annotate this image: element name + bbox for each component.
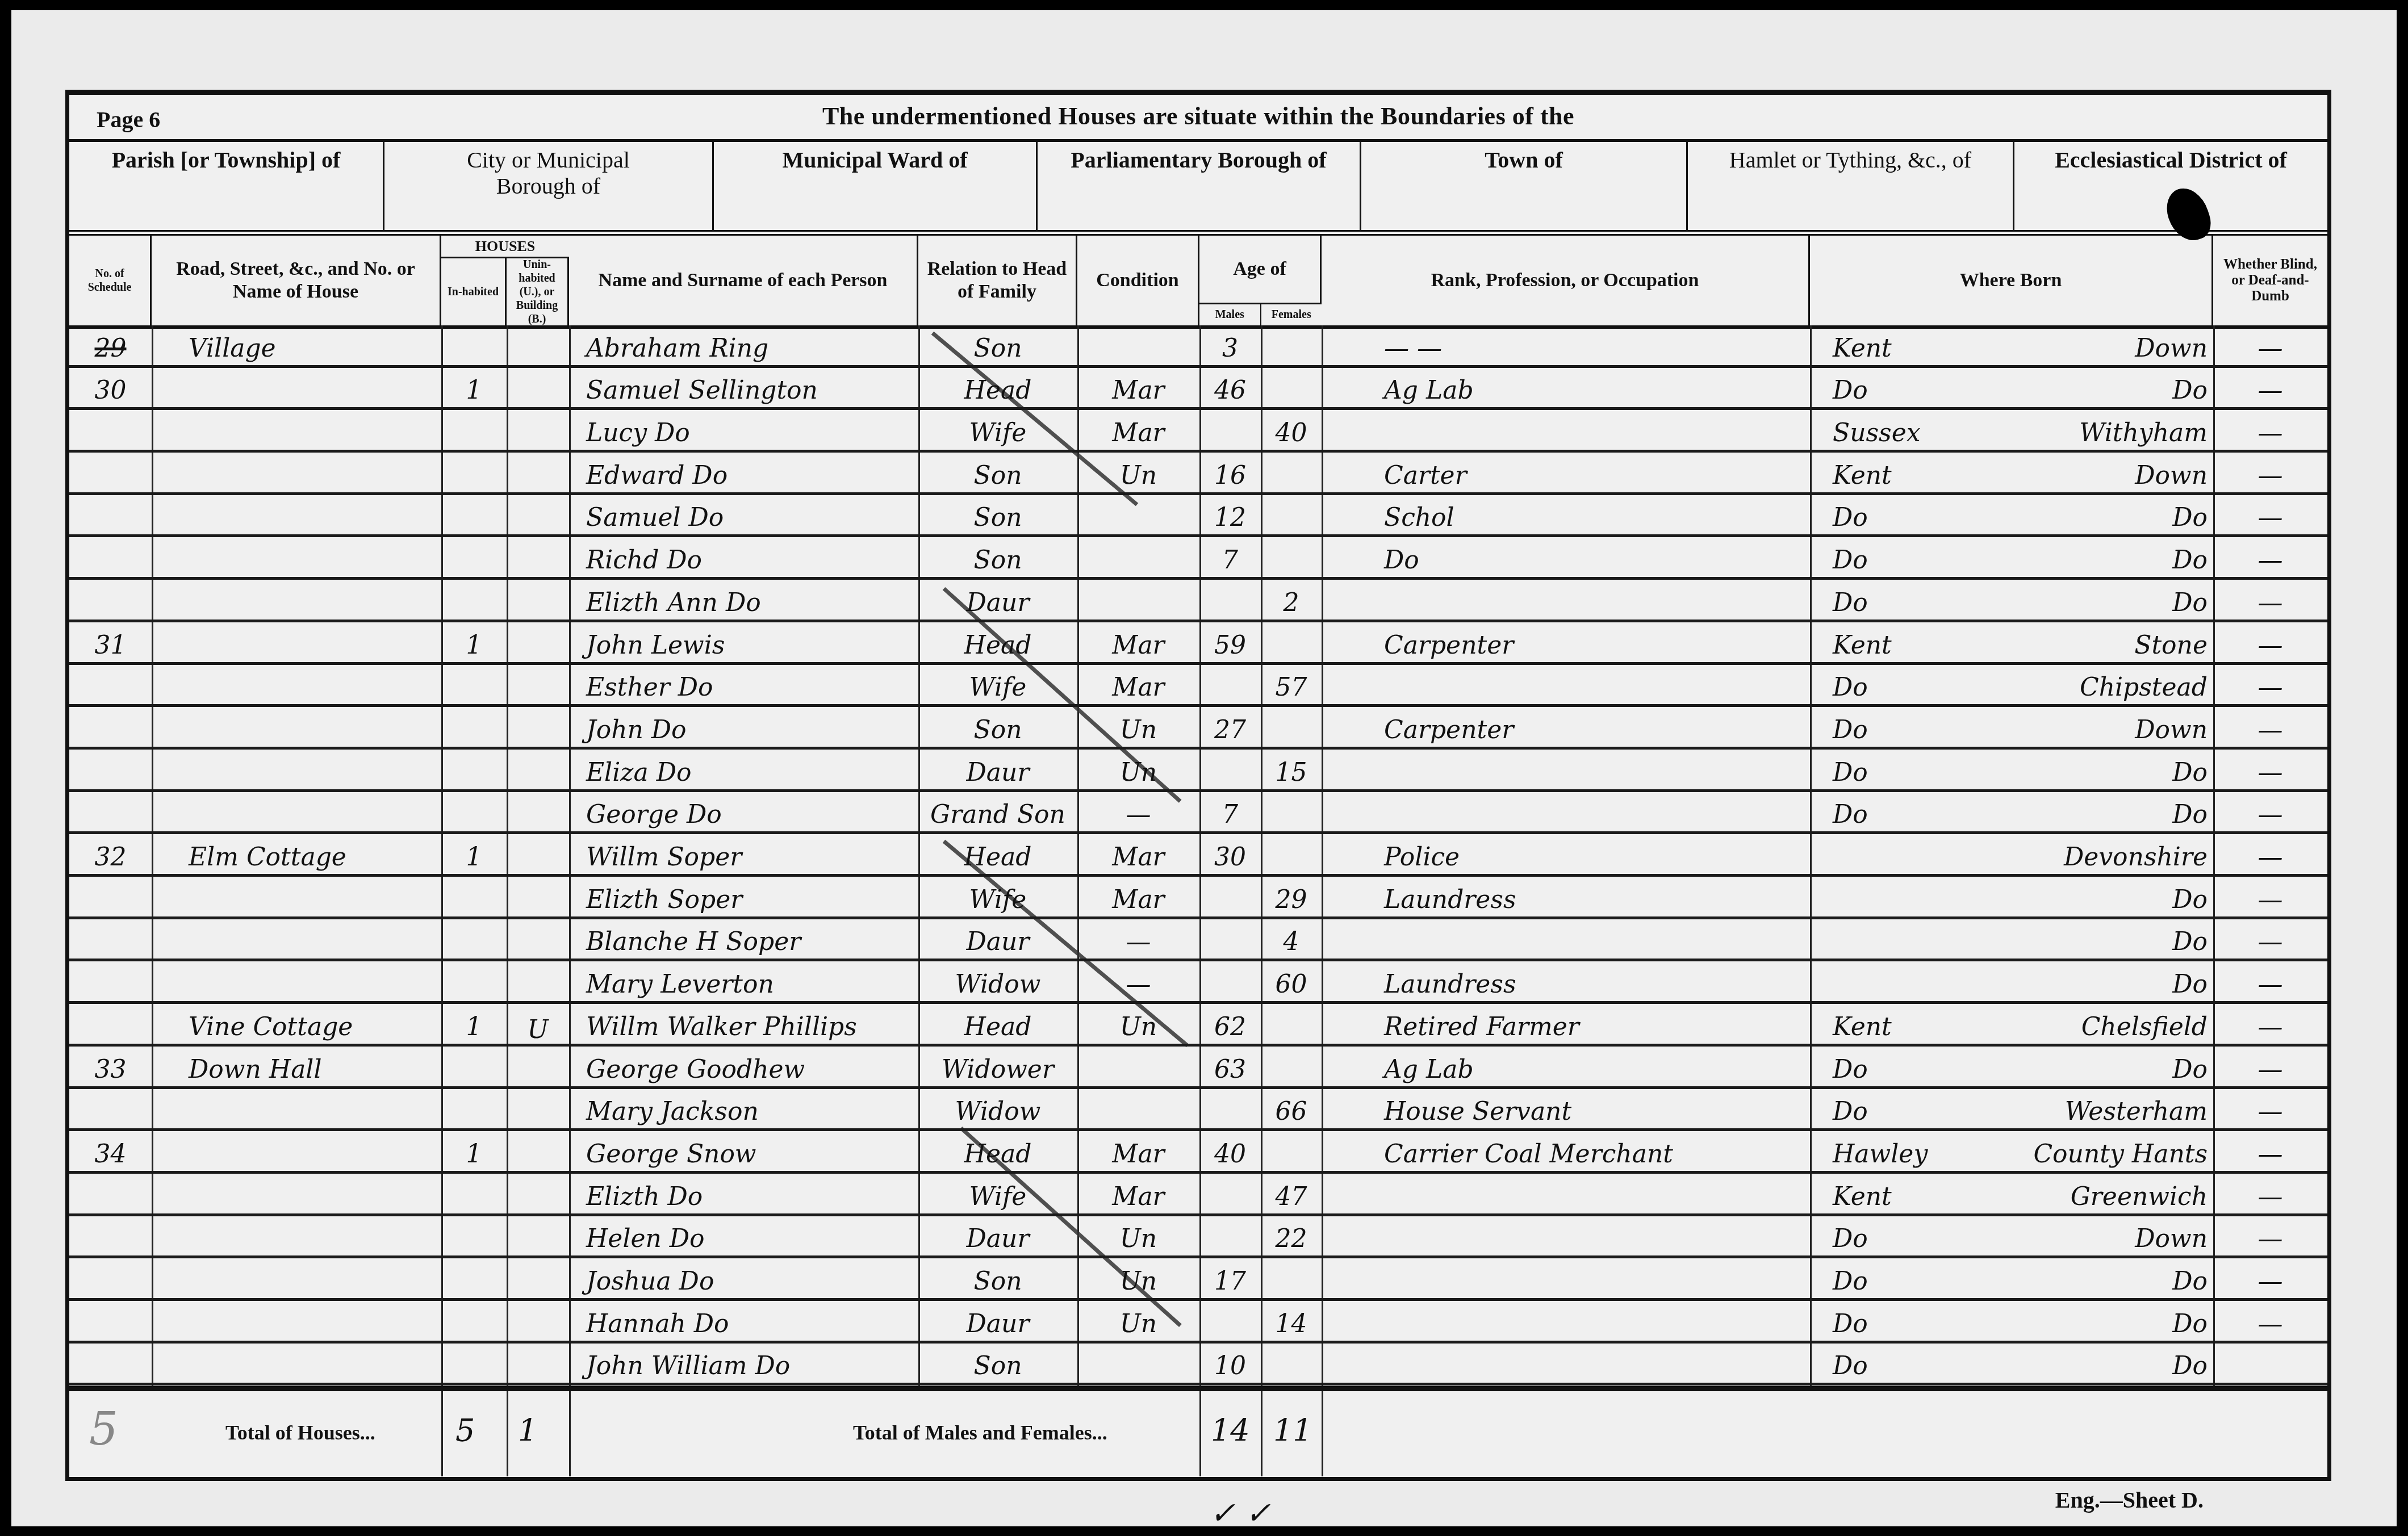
marital-condition-text: Mar bbox=[1112, 1140, 1164, 1169]
female-age: 40 bbox=[1261, 410, 1322, 450]
schedule-number bbox=[69, 792, 152, 832]
marital-condition: Mar bbox=[1077, 1131, 1199, 1171]
occupation bbox=[1322, 919, 1810, 959]
relation-to-head: Widow bbox=[918, 1089, 1077, 1129]
female-age-text: 60 bbox=[1276, 970, 1307, 999]
person-name-text: John Lewis bbox=[586, 631, 725, 660]
inhabited-count bbox=[441, 1089, 507, 1129]
relation-to-head: Wife bbox=[918, 665, 1077, 705]
person-name: Elizth Do bbox=[569, 1174, 918, 1213]
birth-place: Do bbox=[1997, 792, 2213, 832]
relation-to-head: Daur bbox=[918, 1301, 1077, 1341]
male-age-text: 16 bbox=[1214, 461, 1246, 490]
uninhabited-mark bbox=[507, 368, 569, 408]
birth-place-text: Withyham bbox=[2079, 418, 2208, 447]
birth-county: Kent bbox=[1810, 1174, 1997, 1213]
marital-condition: — bbox=[1077, 962, 1199, 1002]
birth-place-text: Stone bbox=[2134, 631, 2208, 660]
relation-to-head-text: Son bbox=[974, 503, 1022, 532]
header-condition: Condition bbox=[1077, 236, 1199, 325]
relation-to-head-text: Widow bbox=[955, 970, 1041, 999]
schedule-number: 31 bbox=[69, 622, 152, 662]
relation-to-head: Grand Son bbox=[918, 792, 1077, 832]
blind-deaf-dumb-text: — bbox=[2258, 1097, 2283, 1126]
table-row: Mary LevertonWidow—60LaundressDo— bbox=[69, 962, 2327, 1005]
enumeration-sheet: Page 6 The undermentioned Houses are sit… bbox=[65, 90, 2331, 1481]
blind-deaf-dumb: — bbox=[2213, 962, 2327, 1002]
birth-county-text: Hawley bbox=[1833, 1140, 1928, 1169]
male-age-text: 27 bbox=[1214, 715, 1246, 744]
occupation: Schol bbox=[1322, 495, 1810, 535]
page-title: The undermentioned Houses are situate wi… bbox=[69, 102, 2327, 131]
uninhabited-mark bbox=[507, 707, 569, 747]
uninhabited-mark bbox=[507, 1131, 569, 1171]
marital-condition-text: — bbox=[1126, 970, 1151, 999]
occupation: Retired Farmer bbox=[1322, 1004, 1810, 1044]
marital-condition-text: Un bbox=[1120, 1012, 1157, 1041]
male-age: 10 bbox=[1199, 1344, 1261, 1383]
birth-county: Do bbox=[1810, 1047, 1997, 1086]
blind-deaf-dumb: — bbox=[2213, 750, 2327, 789]
blind-deaf-dumb: — bbox=[2213, 538, 2327, 577]
schedule-number bbox=[69, 580, 152, 620]
margin-note: 5 bbox=[89, 1403, 118, 1455]
schedule-number bbox=[69, 1174, 152, 1213]
occupation: — — bbox=[1322, 325, 1810, 365]
relation-to-head: Son bbox=[918, 1258, 1077, 1298]
female-age-text: 22 bbox=[1276, 1224, 1307, 1253]
birth-place-text: Do bbox=[2172, 546, 2208, 575]
person-name-text: Esther Do bbox=[586, 673, 713, 702]
male-age bbox=[1199, 919, 1261, 959]
marital-condition: Un bbox=[1077, 1258, 1199, 1298]
road-name bbox=[154, 877, 441, 916]
male-age-text: 7 bbox=[1222, 546, 1238, 575]
female-age: 47 bbox=[1261, 1174, 1322, 1213]
marital-condition: Un bbox=[1077, 453, 1199, 492]
road-name bbox=[154, 1258, 441, 1298]
inhabited-count bbox=[441, 962, 507, 1002]
marital-condition: Mar bbox=[1077, 877, 1199, 916]
occupation: Ag Lab bbox=[1322, 1047, 1810, 1086]
relation-to-head-text: Grand Son bbox=[930, 800, 1065, 829]
person-name: Joshua Do bbox=[569, 1258, 918, 1298]
inhabited-count-text: 1 bbox=[466, 1012, 482, 1041]
occupation bbox=[1322, 665, 1810, 705]
relation-to-head: Son bbox=[918, 707, 1077, 747]
column-rule bbox=[1261, 1391, 1262, 1476]
person-name-text: John William Do bbox=[586, 1351, 790, 1380]
birth-place: Chipstead bbox=[1997, 665, 2213, 705]
header-age: Age of bbox=[1199, 236, 1322, 303]
road-name bbox=[154, 538, 441, 577]
male-age: 7 bbox=[1199, 538, 1261, 577]
occupation-text: Laundress bbox=[1384, 885, 1516, 914]
birth-county-text: Kent bbox=[1833, 461, 1892, 490]
birth-place-text: Down bbox=[2135, 461, 2208, 490]
marital-condition-text: Un bbox=[1120, 461, 1157, 490]
birth-place: Do bbox=[1997, 1047, 2213, 1086]
person-name: Samuel Do bbox=[569, 495, 918, 535]
birth-county-text: Kent bbox=[1833, 1012, 1892, 1041]
person-name: Blanche H Soper bbox=[569, 919, 918, 959]
occupation: Carpenter bbox=[1322, 622, 1810, 662]
marital-condition-text: Un bbox=[1120, 758, 1157, 787]
birth-place-text: Do bbox=[2172, 1055, 2208, 1084]
district-town: Town of bbox=[1361, 139, 1688, 230]
birth-county: Do bbox=[1810, 1344, 1997, 1383]
uninhabited-mark bbox=[507, 325, 569, 365]
relation-to-head: Wife bbox=[918, 877, 1077, 916]
blind-deaf-dumb: — bbox=[2213, 1004, 2327, 1044]
birth-place-text: Down bbox=[2135, 1224, 2208, 1253]
road-name bbox=[154, 580, 441, 620]
birth-county-text: Kent bbox=[1833, 334, 1892, 363]
district-parish: Parish [or Township] of bbox=[69, 139, 384, 230]
blind-deaf-dumb-text: — bbox=[2258, 461, 2283, 490]
road-name bbox=[154, 962, 441, 1002]
female-age: 66 bbox=[1261, 1089, 1322, 1129]
blind-deaf-dumb-text: — bbox=[2258, 546, 2283, 575]
birth-county: Do bbox=[1810, 580, 1997, 620]
header-relation: Relation to Head of Family bbox=[918, 236, 1077, 325]
uninhabited-mark bbox=[507, 495, 569, 535]
road-name bbox=[154, 1131, 441, 1171]
female-age bbox=[1261, 1258, 1322, 1298]
birth-place: Do bbox=[1997, 1344, 2213, 1383]
blind-deaf-dumb: — bbox=[2213, 707, 2327, 747]
birth-county: Do bbox=[1810, 1089, 1997, 1129]
table-row: Elizth Ann DoDaur2DoDo— bbox=[69, 580, 2327, 622]
marital-condition: — bbox=[1077, 792, 1199, 832]
relation-to-head-text: Daur bbox=[967, 1309, 1030, 1338]
female-age: 14 bbox=[1261, 1301, 1322, 1341]
records-table: 29VillageAbraham RingSon3— —KentDown—301… bbox=[69, 325, 2327, 1386]
birth-place: Do bbox=[1997, 538, 2213, 577]
blind-deaf-dumb-text: — bbox=[2258, 1055, 2283, 1084]
inhabited-count bbox=[441, 707, 507, 747]
table-row: 341George SnowHeadMar40Carrier Coal Merc… bbox=[69, 1131, 2327, 1174]
blind-deaf-dumb-text: — bbox=[2258, 1267, 2283, 1296]
uninhabited-mark bbox=[507, 877, 569, 916]
inhabited-count bbox=[441, 792, 507, 832]
relation-to-head: Widow bbox=[918, 962, 1077, 1002]
birth-place: Do bbox=[1997, 1258, 2213, 1298]
district-municipal-ward: Municipal Ward of bbox=[714, 139, 1038, 230]
relation-to-head: Head bbox=[918, 1004, 1077, 1044]
uninhabited-mark bbox=[507, 1174, 569, 1213]
blind-deaf-dumb: — bbox=[2213, 919, 2327, 959]
occupation: House Servant bbox=[1322, 1089, 1810, 1129]
male-age: 7 bbox=[1199, 792, 1261, 832]
blind-deaf-dumb-text: — bbox=[2258, 673, 2283, 702]
birth-place-text: Do bbox=[2172, 885, 2208, 914]
female-age-text: 40 bbox=[1276, 418, 1307, 447]
male-age: 63 bbox=[1199, 1047, 1261, 1086]
road-name: Vine Cottage bbox=[154, 1004, 441, 1044]
uninhabited-mark bbox=[507, 1344, 569, 1383]
blind-deaf-dumb: — bbox=[2213, 1047, 2327, 1086]
blind-deaf-dumb-text: — bbox=[2258, 588, 2283, 617]
birth-place-text: Down bbox=[2135, 334, 2208, 363]
blind-deaf-dumb-text: — bbox=[2258, 1309, 2283, 1338]
relation-to-head-text: Wife bbox=[969, 1182, 1027, 1211]
person-name-text: Eliza Do bbox=[586, 758, 691, 787]
road-name-text: Village bbox=[189, 334, 276, 363]
schedule-number-text: 31 bbox=[95, 631, 127, 660]
road-name bbox=[154, 750, 441, 789]
male-age bbox=[1199, 877, 1261, 916]
male-age-text: 17 bbox=[1214, 1267, 1246, 1296]
marital-condition: Mar bbox=[1077, 834, 1199, 874]
male-age-text: 3 bbox=[1222, 334, 1238, 363]
occupation-text: Ag Lab bbox=[1384, 376, 1474, 405]
birth-place: Do bbox=[1997, 919, 2213, 959]
marital-condition: Mar bbox=[1077, 665, 1199, 705]
schedule-number-text: 34 bbox=[95, 1140, 127, 1169]
occupation bbox=[1322, 1258, 1810, 1298]
relation-to-head-text: Son bbox=[974, 334, 1022, 363]
person-name-text: Abraham Ring bbox=[586, 334, 768, 363]
blind-deaf-dumb-text: — bbox=[2258, 843, 2283, 872]
uninhabited-mark bbox=[507, 750, 569, 789]
female-age bbox=[1261, 1047, 1322, 1086]
occupation: Carpenter bbox=[1322, 707, 1810, 747]
district-parliamentary-borough: Parliamentary Borough of bbox=[1038, 139, 1361, 230]
relation-to-head-text: Head bbox=[964, 631, 1032, 660]
birth-county-text: Do bbox=[1833, 800, 1868, 829]
table-row: Vine Cottage1Willm Walker PhillipsHeadUn… bbox=[69, 1004, 2327, 1047]
road-name bbox=[154, 919, 441, 959]
person-name-text: George Do bbox=[586, 800, 722, 829]
road-name bbox=[154, 453, 441, 492]
birth-county: Do bbox=[1810, 792, 1997, 832]
road-name bbox=[154, 1174, 441, 1213]
person-name: Lucy Do bbox=[569, 410, 918, 450]
table-row: Eliza DoDaurUn15DoDo— bbox=[69, 750, 2327, 792]
header-occupation: Rank, Profession, or Occupation bbox=[1322, 236, 1810, 325]
inhabited-count bbox=[441, 1301, 507, 1341]
relation-to-head-text: Wife bbox=[969, 673, 1027, 702]
occupation bbox=[1322, 1174, 1810, 1213]
person-name: Abraham Ring bbox=[569, 325, 918, 365]
birth-county: Do bbox=[1810, 750, 1997, 789]
marital-condition bbox=[1077, 1047, 1199, 1086]
header-inhabited: In-habited bbox=[441, 258, 507, 325]
relation-to-head-text: Wife bbox=[969, 418, 1027, 447]
schedule-number bbox=[69, 665, 152, 705]
birth-place-text: Do bbox=[2172, 927, 2208, 956]
birth-place-text: Devonshire bbox=[2064, 843, 2208, 872]
inhabited-count bbox=[441, 750, 507, 789]
birth-county bbox=[1810, 919, 1997, 959]
column-rule bbox=[569, 1391, 571, 1476]
person-name-text: Mary Leverton bbox=[586, 970, 774, 999]
occupation-text: Do bbox=[1384, 546, 1419, 575]
male-age: 30 bbox=[1199, 834, 1261, 874]
person-name: Hannah Do bbox=[569, 1301, 918, 1341]
blind-deaf-dumb: — bbox=[2213, 1131, 2327, 1171]
occupation-text: Carpenter bbox=[1384, 715, 1514, 744]
column-rule bbox=[507, 1391, 508, 1476]
male-age: 40 bbox=[1199, 1131, 1261, 1171]
occupation-text: House Servant bbox=[1384, 1097, 1571, 1126]
relation-to-head: Widower bbox=[918, 1047, 1077, 1086]
schedule-number bbox=[69, 1004, 152, 1044]
occupation-text: Retired Farmer bbox=[1384, 1012, 1579, 1041]
birth-place-text: Do bbox=[2172, 1351, 2208, 1380]
occupation-text: Carrier Coal Merchant bbox=[1384, 1140, 1673, 1169]
marital-condition: Un bbox=[1077, 1301, 1199, 1341]
table-row: 32Elm Cottage1Willm SoperHeadMar30Police… bbox=[69, 834, 2327, 877]
birth-place-text: Do bbox=[2172, 503, 2208, 532]
column-rule bbox=[1199, 1391, 1201, 1476]
male-age: 3 bbox=[1199, 325, 1261, 365]
blind-deaf-dumb: — bbox=[2213, 665, 2327, 705]
inhabited-count bbox=[441, 877, 507, 916]
schedule-number-text: 32 bbox=[95, 843, 127, 872]
person-name: Esther Do bbox=[569, 665, 918, 705]
uninhabited-mark bbox=[507, 580, 569, 620]
inhabited-count: 1 bbox=[441, 622, 507, 662]
road-name bbox=[154, 1301, 441, 1341]
road-name-text: Vine Cottage bbox=[189, 1012, 353, 1041]
birth-county bbox=[1810, 962, 1997, 1002]
schedule-number bbox=[69, 1089, 152, 1129]
relation-to-head: Head bbox=[918, 622, 1077, 662]
relation-to-head: Son bbox=[918, 538, 1077, 577]
female-age bbox=[1261, 834, 1322, 874]
person-name-text: Mary Jackson bbox=[586, 1097, 759, 1126]
female-age: 2 bbox=[1261, 580, 1322, 620]
marital-condition bbox=[1077, 580, 1199, 620]
marital-condition-text: Mar bbox=[1112, 631, 1164, 660]
person-name-text: George Goodhew bbox=[586, 1055, 805, 1084]
person-name-text: Samuel Sellington bbox=[586, 376, 818, 405]
schedule-number bbox=[69, 453, 152, 492]
inhabited-count bbox=[441, 453, 507, 492]
road-name bbox=[154, 792, 441, 832]
relation-to-head: Son bbox=[918, 1344, 1077, 1383]
female-age-text: 66 bbox=[1276, 1097, 1307, 1126]
totals-row: 5 Total of Houses... 5 1 Total of Males … bbox=[69, 1386, 2327, 1476]
table-row: 311John LewisHeadMar59CarpenterKentStone… bbox=[69, 622, 2327, 665]
female-age bbox=[1261, 622, 1322, 662]
person-name: Willm Walker Phillips bbox=[569, 1004, 918, 1044]
table-row: Blanche H SoperDaur—4Do— bbox=[69, 919, 2327, 962]
inhabited-count bbox=[441, 919, 507, 959]
birth-county: Do bbox=[1810, 495, 1997, 535]
birth-county-text: Do bbox=[1833, 1097, 1868, 1126]
person-name-text: Elizth Do bbox=[586, 1182, 703, 1211]
female-age-text: 4 bbox=[1284, 927, 1299, 956]
birth-place-text: Down bbox=[2135, 715, 2208, 744]
relation-to-head: Head bbox=[918, 1131, 1077, 1171]
birth-county: Kent bbox=[1810, 1004, 1997, 1044]
person-name-text: Edward Do bbox=[586, 461, 728, 490]
occupation bbox=[1322, 792, 1810, 832]
female-age bbox=[1261, 453, 1322, 492]
birth-place: Do bbox=[1997, 495, 2213, 535]
inhabited-count bbox=[441, 410, 507, 450]
table-row: Elizth SoperWifeMar29LaundressDo— bbox=[69, 877, 2327, 919]
person-name: Elizth Ann Do bbox=[569, 580, 918, 620]
person-name: George Goodhew bbox=[569, 1047, 918, 1086]
inhabited-count: 1 bbox=[441, 1004, 507, 1044]
table-row: Edward DoSonUn16CarterKentDown— bbox=[69, 453, 2327, 495]
header-uninhabited: Unin-habited (U.), or Building (B.) bbox=[507, 258, 569, 325]
person-name-text: Lucy Do bbox=[586, 418, 690, 447]
occupation-text: Schol bbox=[1384, 503, 1454, 532]
birth-place: Do bbox=[1997, 750, 2213, 789]
relation-to-head-text: Son bbox=[974, 1267, 1022, 1296]
person-name-text: Willm Soper bbox=[586, 843, 742, 872]
road-name bbox=[154, 1216, 441, 1256]
road-name-text: Down Hall bbox=[189, 1055, 322, 1084]
blind-deaf-dumb: — bbox=[2213, 325, 2327, 365]
relation-to-head: Daur bbox=[918, 580, 1077, 620]
inhabited-count-text: 1 bbox=[466, 1140, 482, 1169]
table-row: George DoGrand Son—7DoDo— bbox=[69, 792, 2327, 835]
column-rule bbox=[441, 1391, 443, 1476]
marital-condition-text: Mar bbox=[1112, 418, 1164, 447]
person-name-text: Willm Walker Phillips bbox=[586, 1012, 857, 1041]
birth-place-text: Greenwich bbox=[2071, 1182, 2208, 1211]
male-age-text: 59 bbox=[1214, 631, 1246, 660]
relation-to-head-text: Son bbox=[974, 1351, 1022, 1380]
birth-county: Hawley bbox=[1810, 1131, 1997, 1171]
marital-condition-text: Un bbox=[1120, 1309, 1157, 1338]
birth-place-text: Do bbox=[2172, 800, 2208, 829]
inhabited-count bbox=[441, 665, 507, 705]
road-name bbox=[154, 1344, 441, 1383]
female-age bbox=[1261, 325, 1322, 365]
birth-county bbox=[1810, 834, 1997, 874]
birth-place: Withyham bbox=[1997, 410, 2213, 450]
blind-deaf-dumb: — bbox=[2213, 410, 2327, 450]
uninhabited-mark bbox=[507, 665, 569, 705]
road-name: Down Hall bbox=[154, 1047, 441, 1086]
female-age bbox=[1261, 707, 1322, 747]
female-age-text: 2 bbox=[1284, 588, 1299, 617]
inhabited-count-text: 1 bbox=[466, 631, 482, 660]
sheet-footer: Eng.—Sheet D. bbox=[2055, 1487, 2204, 1513]
birth-county: Do bbox=[1810, 538, 1997, 577]
schedule-number bbox=[69, 877, 152, 916]
male-age: 46 bbox=[1199, 368, 1261, 408]
header-where-born: Where Born bbox=[1810, 236, 2213, 325]
female-age: 57 bbox=[1261, 665, 1322, 705]
birth-place: Devonshire bbox=[1997, 834, 2213, 874]
blind-deaf-dumb: — bbox=[2213, 622, 2327, 662]
header-name: Name and Surname of each Person bbox=[569, 236, 918, 325]
marital-condition bbox=[1077, 325, 1199, 365]
relation-to-head: Wife bbox=[918, 410, 1077, 450]
blind-deaf-dumb: — bbox=[2213, 1174, 2327, 1213]
birth-county-text: Do bbox=[1833, 503, 1868, 532]
marital-condition: Un bbox=[1077, 1216, 1199, 1256]
male-age: 27 bbox=[1199, 707, 1261, 747]
header-blind: Whether Blind, or Deaf-and-Dumb bbox=[2213, 236, 2327, 325]
birth-county: Do bbox=[1810, 707, 1997, 747]
header-age-subcolumns: Males Females bbox=[1199, 303, 1322, 325]
table-row: Mary JacksonWidow66House ServantDoWester… bbox=[69, 1089, 2327, 1132]
check-marks: ✓ ✓ bbox=[1210, 1495, 1271, 1531]
female-age bbox=[1261, 1131, 1322, 1171]
person-name-text: Elizth Soper bbox=[586, 885, 742, 914]
occupation-text: Carter bbox=[1384, 461, 1467, 490]
marital-condition: Mar bbox=[1077, 410, 1199, 450]
